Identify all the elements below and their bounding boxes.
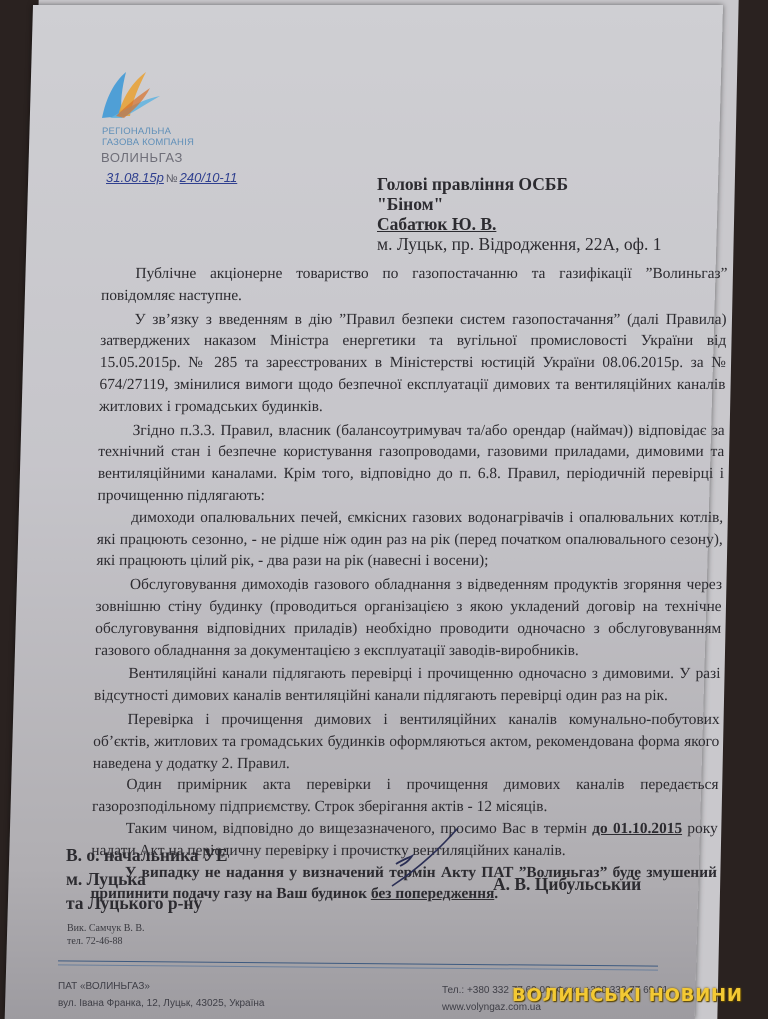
footer-divider bbox=[58, 960, 658, 970]
addressee-block: Голові правління ОСББ "Біном" Сабатюк Ю.… bbox=[377, 174, 661, 254]
paragraph-maintenance: Обслуговування димоходів газового обладн… bbox=[95, 574, 723, 661]
letter-body: Публічне акціонерне товариство по газопо… bbox=[90, 263, 727, 905]
paragraph-act-copy: Один примірник акта перевірки і прочищен… bbox=[92, 774, 719, 818]
executor-info: Вик. Самчук В. В. тел. 72-46-88 bbox=[67, 922, 145, 948]
number-sign: № bbox=[166, 173, 178, 185]
addressee-organization: "Біном" bbox=[377, 194, 661, 214]
paragraph-inspection-act: Перевірка і прочищення димових і вентиля… bbox=[93, 709, 720, 774]
logo-tagline-1: РЕГІОНАЛЬНА bbox=[102, 126, 171, 137]
document-number: 240/10-11 bbox=[180, 170, 238, 185]
footer-company-name: ПАТ «ВОЛИНЬГАЗ» bbox=[58, 978, 264, 995]
executor-phone: тел. 72-46-88 bbox=[67, 935, 145, 948]
paragraph-responsibility: Згідно п.3.3. Правил, власник (балансоут… bbox=[97, 420, 725, 507]
news-watermark: ВОЛИНСЬКІ НОВИНИ bbox=[512, 985, 743, 1006]
volyngaz-flame-logo-icon bbox=[100, 70, 162, 120]
signer-position: В. о. начальника УЕ м. Луцька та Луцьког… bbox=[66, 843, 228, 915]
addressee-name: Сабатюк Ю. В. bbox=[377, 214, 661, 234]
executor-name: Вик. Самчук В. В. bbox=[67, 922, 145, 935]
document-date: 31.08.15р bbox=[106, 170, 164, 185]
letter-content: РЕГІОНАЛЬНА ГАЗОВА КОМПАНІЯ ВОЛИНЬГАЗ 31… bbox=[0, 0, 768, 1019]
addressee-address: м. Луцьк, пр. Відродження, 22А, оф. 1 bbox=[377, 234, 661, 254]
footer-company: ПАТ «ВОЛИНЬГАЗ» вул. Івана Франка, 12, Л… bbox=[58, 978, 264, 1012]
paragraph-intro: Публічне акціонерне товариство по газопо… bbox=[101, 263, 728, 307]
handwritten-signature-icon bbox=[382, 826, 462, 888]
paragraph-rules: У зв’язку з введенням в дію ”Правил безп… bbox=[99, 309, 727, 418]
paragraph-chimneys: димоходи опалювальних печей, ємкісних га… bbox=[96, 507, 723, 572]
document-reference: 31.08.15р№240/10-11 bbox=[106, 170, 237, 185]
footer-address: вул. Івана Франка, 12, Луцьк, 43025, Укр… bbox=[58, 995, 264, 1012]
logo-brand-name: ВОЛИНЬГАЗ bbox=[101, 150, 183, 165]
signer-name: А. В. Цибульський bbox=[493, 874, 641, 895]
paragraph-ventilation: Вентиляційні канали підлягають перевірці… bbox=[94, 663, 721, 707]
logo-tagline-2: ГАЗОВА КОМПАНІЯ bbox=[102, 137, 194, 148]
deadline: до 01.10.2015 bbox=[592, 820, 682, 837]
addressee-title: Голові правління ОСББ bbox=[377, 174, 661, 194]
